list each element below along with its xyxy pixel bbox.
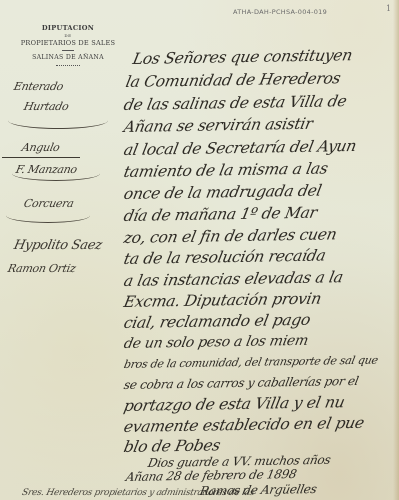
signature-flourish [8,112,108,129]
body-line: la Comunidad de Herederos [124,69,342,91]
margin-signature-hypolito-saez: Hypolito Saez [12,238,103,253]
body-line: a las instancias elevadas a la [122,268,344,290]
address-line-1: Sres. Herederos propietarios y administr… [21,488,255,498]
letterhead-location: SALINAS DE AÑANA [18,54,118,61]
letterhead: DIPUTACION DE PROPIETARIOS DE SALES SALI… [18,24,118,67]
date-line: Añana 28 de febrero de 1898 [125,467,298,484]
letterhead-title: DIPUTACION [18,24,118,32]
body-line: portazgo de esta Villa y el nu [122,393,346,415]
document-page: ATHA-DAH-PCHSA-004-019 1 DIPUTACION DE P… [0,0,399,500]
body-line: once de la madrugada del [122,182,323,203]
body-line: blo de Pobes [122,436,222,456]
archive-code: ATHA-DAH-PCHSA-004-019 [233,8,327,16]
body-line: de las salinas de esta Villa de [122,92,348,114]
body-line: bros de la comunidad, del transporte de … [123,354,379,371]
body-line: Añana se servirán asistir [122,115,314,136]
letterhead-rule [62,50,74,51]
body-line: evamente establecido en el pue [122,414,365,436]
signature-underline [2,157,80,158]
letterhead-organization: PROPIETARIOS DE SALES [18,39,118,47]
folio-number: 1 [386,4,391,13]
margin-signature-angulo: Angulo [21,141,61,154]
body-line: Excma. Diputación provin [122,290,323,311]
body-line: al local de Secretaría del Ayun [122,137,358,159]
body-line: tamiento de la misma a las [122,159,329,181]
letterhead-preposition: DE [18,33,118,38]
body-line: día de mañana 1º de Mar [122,204,318,225]
body-line: cial, reclamando el pago [122,311,312,332]
body-line: se cobra a los carros y caballerías por … [123,374,360,392]
paper-edge [393,0,399,500]
margin-note-enterado: Enterado [13,80,65,93]
signature-flourish [12,166,100,181]
margin-signature-ramon-ortiz: Ramon Ortiz [7,262,77,275]
body-line: zo, con el fin de darles cuen [122,225,338,247]
body-line: de un solo peso a los miem [122,333,309,352]
letterhead-ornament [56,65,80,67]
body-line: ta de la resolución recaída [122,246,327,268]
signature-flourish [6,208,90,223]
body-line: Los Señores que constituyen [131,46,354,68]
